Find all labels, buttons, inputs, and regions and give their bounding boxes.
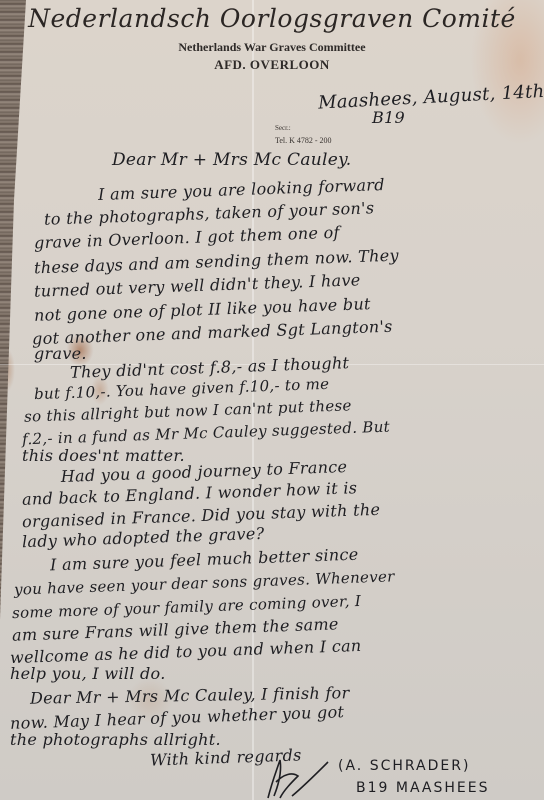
telephone-number: Tel. K 4782 - 200 (275, 136, 332, 145)
body-line: grave. (34, 344, 87, 363)
secretary-label: Secr.: (275, 124, 291, 132)
printed-name: (A. SCHRADER) (338, 758, 470, 774)
body-line: this does'nt matter. (22, 446, 185, 465)
body-line: help you, I will do. (10, 664, 166, 683)
signature-scribble-icon (262, 752, 342, 800)
letterhead-subtitle: Netherlands War Graves Committee (0, 40, 544, 55)
letterhead-department: AFD. OVERLOON (0, 57, 544, 73)
body-line: the photographs allright. (10, 730, 221, 749)
salutation: Dear Mr + Mrs Mc Cauley. (112, 150, 351, 170)
letterhead-title: Nederlandsch Oorlogsgraven Comité (0, 4, 544, 33)
address-number: B19 (372, 108, 405, 127)
signature-address: B19 MAASHEES (356, 780, 489, 796)
